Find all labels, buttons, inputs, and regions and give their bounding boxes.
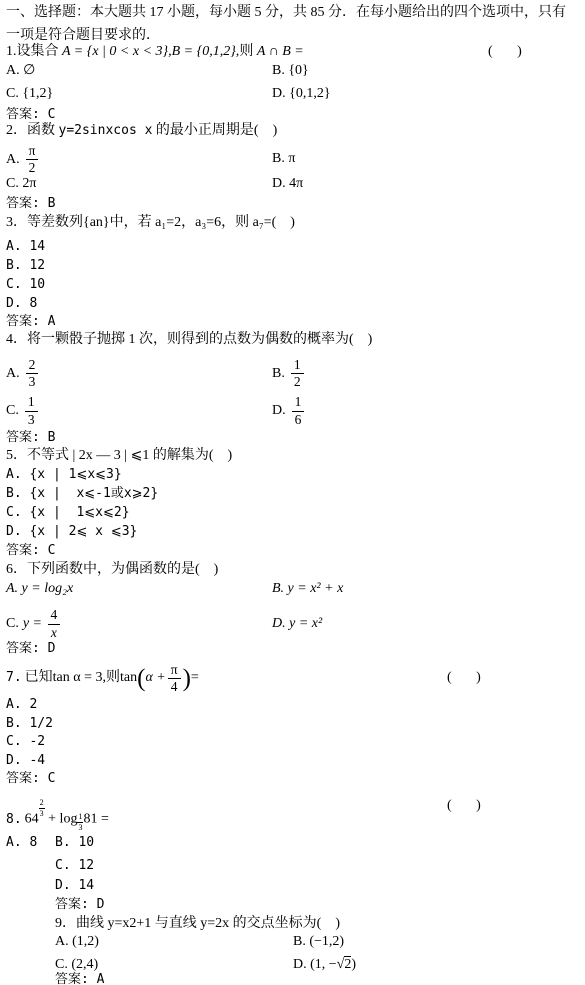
q8-option-d-row: D. 14	[6, 878, 581, 897]
q2-option-c: C. 2π	[6, 176, 36, 192]
q6-stem: 6．下列函数中，为偶函数的是( )	[6, 562, 218, 577]
q5-option-b: B. {x | x⩽-1或x⩾2}	[6, 486, 158, 501]
q1-option-c: C. {1,2}	[6, 86, 53, 102]
q7-number: 7.	[6, 671, 22, 686]
q7-option-b-row: B. 1/2	[6, 716, 581, 734]
q1-answer: 答案: C	[6, 107, 55, 122]
q9-answer: 答案: A	[55, 972, 104, 985]
q4-option-c: C.13	[6, 395, 40, 426]
q4-option-d: D.16	[272, 395, 306, 426]
q9-options-ab: A. (1,2) B. (−1,2)	[6, 934, 581, 957]
q4-option-c-numerator: 1	[25, 395, 38, 411]
q7-math2: tan	[120, 670, 137, 686]
q1-stem-pre: 设集合	[17, 44, 63, 59]
q7-option-b: B. 1/2	[6, 716, 53, 731]
q6-option-c-denominator: x	[48, 625, 61, 640]
q4-option-d-denominator: 6	[292, 412, 305, 427]
q7-answer: 答案: C	[6, 771, 55, 786]
q5-option-d: D. {x | 2⩽ x ⩽3}	[6, 524, 137, 539]
q7-fraction-denominator: 4	[168, 679, 181, 694]
question-3-stem: 3．等差数列{an}中，若 a₁=2，a₃=6，则 a₇=( )	[6, 215, 581, 239]
q4-option-b: B.12	[272, 358, 306, 389]
q6-option-b: B. y = x² + x	[272, 581, 343, 597]
q3-stem: 3．等差数列{an}中，若 a₁=2，a₃=6，则 a₇=( )	[6, 215, 295, 230]
q3-option-d: D. 8	[6, 296, 37, 311]
q6-answer-row: 答案: D	[6, 641, 581, 660]
q6-answer: 答案: D	[6, 641, 55, 656]
q7-fraction: π4	[168, 663, 181, 694]
q2-option-a-label: A.	[6, 152, 20, 167]
question-8-stem: 8.6423 + log1381 = ( )	[6, 793, 581, 836]
q7-inner-expr: α +	[145, 670, 165, 686]
q7-math1: tan α = 3,	[53, 670, 106, 686]
q1-options-cd: C. {1,2} D. {0,1,2}	[6, 86, 581, 107]
q1-option-d: D. {0,1,2}	[272, 86, 331, 102]
q6-option-d: D. y = x²	[272, 616, 322, 632]
q9-option-d: D. (1, −√2)	[293, 957, 356, 973]
q2-stem-pre: 2．函数	[6, 123, 59, 138]
q4-option-d-fraction: 16	[292, 395, 305, 426]
q6-option-c-pre: y =	[23, 616, 46, 631]
q3-option-c-row: C. 10	[6, 277, 581, 296]
q9-stem: 9．曲线 y=x2+1 与直线 y=2x 的交点坐标为( )	[55, 916, 340, 931]
q4-options-ab: A.23 B.12	[6, 355, 581, 392]
q7-stem-pre: 已知	[25, 670, 53, 686]
q6-option-c: C.y = 4x	[6, 608, 62, 639]
q5-option-c-row: C. {x | 1⩽x⩽2}	[6, 505, 581, 524]
q9-options-cd: C. (2,4) D. (1, −√2)	[6, 957, 581, 972]
q6-option-c-fraction: 4x	[48, 608, 61, 639]
q7-option-c: C. -2	[6, 734, 45, 749]
q3-option-b: B. 12	[6, 258, 45, 273]
q8-options-ab: A. 8 B. 10	[6, 836, 581, 858]
q7-right-paren: )	[183, 666, 191, 691]
q2-answer-row: 答案: B	[6, 196, 581, 215]
q5-answer: 答案: C	[6, 543, 55, 558]
q4-option-c-fraction: 13	[25, 395, 38, 426]
q2-option-d: D. 4π	[272, 176, 303, 192]
q8-tail: 81 =	[83, 812, 108, 827]
q7-option-c-row: C. -2	[6, 734, 581, 753]
q8-answer-row: 答案: D	[6, 897, 581, 916]
q1-option-a: A. ∅	[6, 63, 35, 79]
q9-option-a: A. (1,2)	[55, 934, 99, 950]
q4-option-b-label: B.	[272, 366, 285, 381]
q6-option-a: A. y = log₂x	[6, 581, 73, 597]
q2-options-cd: C. 2π D. 4π	[6, 176, 581, 196]
q8-option-d: D. 14	[55, 878, 94, 893]
q4-options-cd: C.13 D.16	[6, 392, 581, 430]
q4-option-b-numerator: 1	[291, 358, 304, 374]
section-header-line2: 一项是符合题目要求的．	[6, 28, 160, 43]
q3-option-b-row: B. 12	[6, 258, 581, 277]
q8-option-c: C. 12	[55, 858, 94, 873]
question-9-stem: 9．曲线 y=x2+1 与直线 y=2x 的交点坐标为( )	[6, 916, 581, 934]
q7-stem-mid: 则	[106, 670, 120, 686]
question-4-stem: 4．将一颗骰子抛掷 1 次，则得到的点数为偶数的概率为( )	[6, 332, 581, 355]
q7-left-paren: (	[137, 666, 145, 691]
q8-option-b: B. 10	[55, 836, 94, 851]
q7-fraction-numerator: π	[168, 663, 181, 679]
q1-option-b: B. {0}	[272, 63, 309, 79]
q2-option-a-fraction: π2	[26, 144, 39, 175]
q4-stem: 4．将一颗骰子抛掷 1 次，则得到的点数为偶数的概率为( )	[6, 332, 372, 347]
q9-option-d-pre: D. (1, −	[293, 957, 337, 972]
q6-options-ab: A. y = log₂x B. y = x² + x	[6, 581, 581, 607]
q7-option-d: D. -4	[6, 753, 45, 768]
q1-options-ab: A. ∅ B. {0}	[6, 63, 581, 86]
q8-answer-paren: ( )	[447, 798, 481, 814]
question-2-stem: 2．函数 y=2sinxcos x 的最小正周期是( )	[6, 123, 581, 143]
q8-base: 64	[25, 812, 39, 827]
q3-option-d-row: D. 8	[6, 296, 581, 314]
q5-answer-row: 答案: C	[6, 543, 581, 562]
q1-number: 1.	[6, 44, 17, 59]
q4-option-b-fraction: 12	[291, 358, 304, 389]
q6-options-cd: C.y = 4x D. y = x²	[6, 607, 581, 641]
q2-option-a-numerator: π	[26, 144, 39, 160]
q8-exponent-numerator: 2	[39, 798, 45, 809]
q3-option-c: C. 10	[6, 277, 45, 292]
q7-option-a: A. 2	[6, 697, 37, 712]
q2-options-ab: A.π2 B. π	[6, 143, 581, 176]
q3-answer-row: 答案: A	[6, 314, 581, 332]
question-6-stem: 6．下列函数中，为偶函数的是( )	[6, 562, 581, 581]
q7-answer-paren: ( )	[447, 670, 481, 686]
q9-option-d-post: )	[351, 957, 356, 972]
q2-option-a-denominator: 2	[26, 160, 39, 175]
q8-option-a: A. 8	[6, 836, 37, 851]
q4-answer: 答案: B	[6, 430, 55, 445]
q4-option-a: A.23	[6, 358, 40, 389]
q4-option-a-denominator: 3	[26, 374, 39, 389]
q4-option-b-denominator: 2	[291, 374, 304, 389]
q2-stem-post: 的最小正周期是( )	[152, 123, 277, 138]
q1-stem-mid: 则	[239, 44, 257, 59]
q8-number: 8.	[6, 812, 22, 827]
q2-option-b: B. π	[272, 151, 295, 167]
q9-option-c: C. (2,4)	[55, 957, 98, 973]
q1-answer-paren: ( )	[488, 44, 522, 60]
q1-answer-row: 答案: C	[6, 107, 581, 123]
q7-option-d-row: D. -4	[6, 753, 581, 771]
question-1-stem: 1.设集合 A = {x | 0 < x < 3},B = {0,1,2},则 …	[6, 44, 581, 63]
q4-option-d-numerator: 1	[292, 395, 305, 411]
exam-page: 一、选择题：本大题共 17 小题，每小题 5 分，共 85 分．在每小题给出的四…	[0, 0, 585, 985]
q2-stem-formula: y=2sinxcos x	[59, 123, 153, 138]
q1-stem-math1: A = {x | 0 < x < 3},B = {0,1,2},	[62, 44, 239, 59]
q9-option-b: B. (−1,2)	[293, 934, 344, 950]
section-header-line1: 一、选择题：本大题共 17 小题，每小题 5 分，共 85 分．在每小题给出的四…	[6, 5, 566, 20]
q2-answer: 答案: B	[6, 196, 55, 211]
q6-option-c-label: C.	[6, 616, 19, 631]
q4-option-d-label: D.	[272, 403, 286, 418]
q7-answer-row: 答案: C	[6, 771, 581, 793]
q4-option-a-fraction: 23	[26, 358, 39, 389]
q4-option-c-label: C.	[6, 403, 19, 418]
question-5-stem: 5．不等式 | 2x — 3 | ⩽1 的解集为( )	[6, 448, 581, 467]
q5-option-a: A. {x | 1⩽x⩽3}	[6, 467, 122, 482]
q3-option-a: A. 14	[6, 239, 45, 254]
q3-answer: 答案: A	[6, 314, 55, 329]
q4-option-c-denominator: 3	[25, 412, 38, 427]
q5-option-b-row: B. {x | x⩽-1或x⩾2}	[6, 486, 581, 505]
section-header-cont: 一项是符合题目要求的．	[6, 28, 581, 44]
q5-option-c: C. {x | 1⩽x⩽2}	[6, 505, 130, 520]
section-header: 一、选择题：本大题共 17 小题，每小题 5 分，共 85 分．在每小题给出的四…	[6, 5, 581, 28]
q5-option-d-row: D. {x | 2⩽ x ⩽3}	[6, 524, 581, 543]
q5-option-a-row: A. {x | 1⩽x⩽3}	[6, 467, 581, 486]
question-7-stem: 7.已知 tan α = 3,则 tan(α + π4) = ( )	[6, 660, 581, 697]
q7-equals: =	[191, 670, 199, 686]
q8-answer: 答案: D	[55, 897, 104, 912]
q4-answer-row: 答案: B	[6, 430, 581, 448]
q6-option-c-numerator: 4	[48, 608, 61, 624]
q4-option-a-numerator: 2	[26, 358, 39, 374]
q9-answer-row: 答案: A	[6, 972, 581, 985]
q2-option-a: A.π2	[6, 144, 40, 175]
q3-option-a-row: A. 14	[6, 239, 581, 258]
q8-mid: + log	[45, 812, 78, 827]
q4-option-a-label: A.	[6, 366, 20, 381]
q1-stem-math2: A ∩ B =	[257, 44, 304, 59]
q7-option-a-row: A. 2	[6, 697, 581, 716]
q8-option-c-row: C. 12	[6, 858, 581, 878]
q5-stem: 5．不等式 | 2x — 3 | ⩽1 的解集为( )	[6, 448, 232, 463]
